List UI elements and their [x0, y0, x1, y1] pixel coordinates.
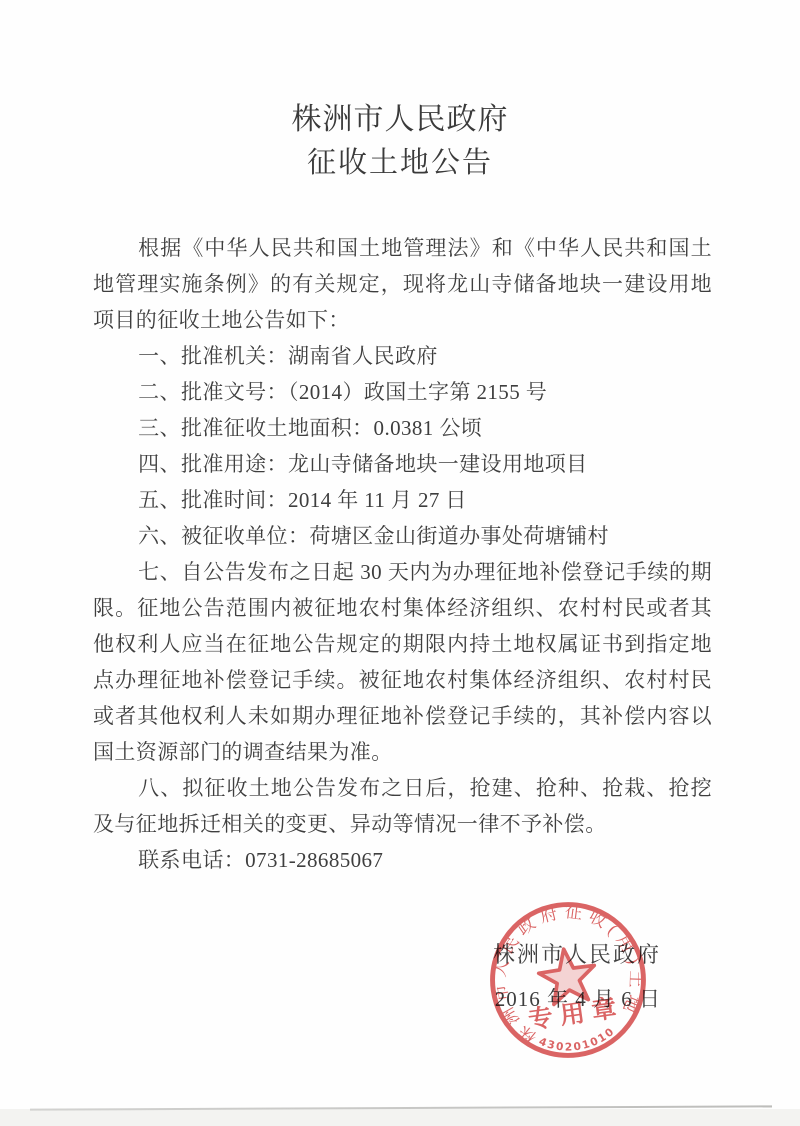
- paragraph-item-approving-authority: 一、批准机关：湖南省人民政府: [93, 338, 712, 374]
- paragraph-item-expropriated-unit: 六、被征收单位：荷塘区金山街道办事处荷塘铺村: [93, 518, 712, 554]
- scan-bottom-shadow: [0, 1109, 800, 1126]
- paragraph-item-no-compensation: 八、拟征收土地公告发布之日后，抢建、抢种、抢栽、抢挖及与征地拆迁相关的变更、异动…: [93, 770, 712, 842]
- paragraph-item-approval-number: 二、批准文号：（2014）政国土字第 2155 号: [93, 374, 712, 410]
- document-title: 株洲市人民政府: [0, 103, 800, 136]
- paragraph-item-registration-deadline: 七、自公告发布之日起 30 天内为办理征地补偿登记手续的期限。征地公告范围内被征…: [93, 554, 712, 770]
- official-seal-stamp: 株洲市人民政府征收(用)土地 专用章 4302010104788: [486, 898, 650, 1062]
- seal-graphic: 株洲市人民政府征收(用)土地 专用章 4302010104788: [486, 898, 650, 1062]
- paragraph-item-approved-use: 四、批准用途：龙山寺储备地块一建设用地项目: [93, 446, 712, 482]
- star-icon: [536, 945, 599, 1006]
- document-header: 株洲市人民政府 征收土地公告: [0, 0, 800, 180]
- paragraph-item-approval-date: 五、批准时间：2014 年 11 月 27 日: [93, 482, 712, 518]
- paragraph-item-land-area: 三、批准征收土地面积：0.0381 公顷: [93, 410, 712, 446]
- contact-phone: 联系电话：0731-28685067: [93, 842, 712, 878]
- document-subtitle: 征收土地公告: [0, 148, 800, 180]
- document-body: 根据《中华人民共和国土地管理法》和《中华人民共和国土地管理实施条例》的有关规定，…: [93, 230, 712, 878]
- document-page: 株洲市人民政府 征收土地公告 根据《中华人民共和国土地管理法》和《中华人民共和国…: [0, 0, 800, 1126]
- paragraph-intro: 根据《中华人民共和国土地管理法》和《中华人民共和国土地管理实施条例》的有关规定，…: [93, 230, 712, 338]
